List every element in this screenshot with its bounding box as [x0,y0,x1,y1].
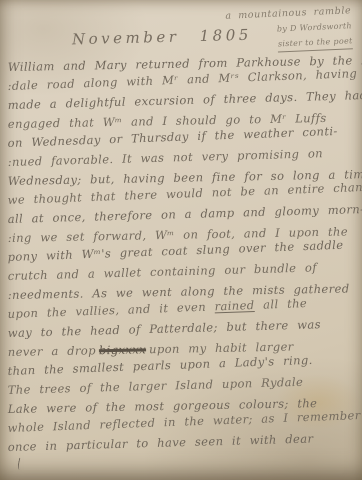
letter-page: a mountainous ramble by D Wordsworth sis… [0,0,362,480]
line-segment: never a drop [8,343,96,359]
letter-body: William and Mary returned from Parkhouse… [8,58,360,457]
date-heading: November 1805 [72,26,252,49]
underlined-word: rained [214,298,255,313]
annotation-relation: sister to the poet [278,35,353,52]
line-segment: all the [254,296,307,312]
annotation-author: by D Wordsworth [277,21,352,33]
struck-word: bigxxxx [99,342,146,357]
ink-mark [17,458,24,471]
